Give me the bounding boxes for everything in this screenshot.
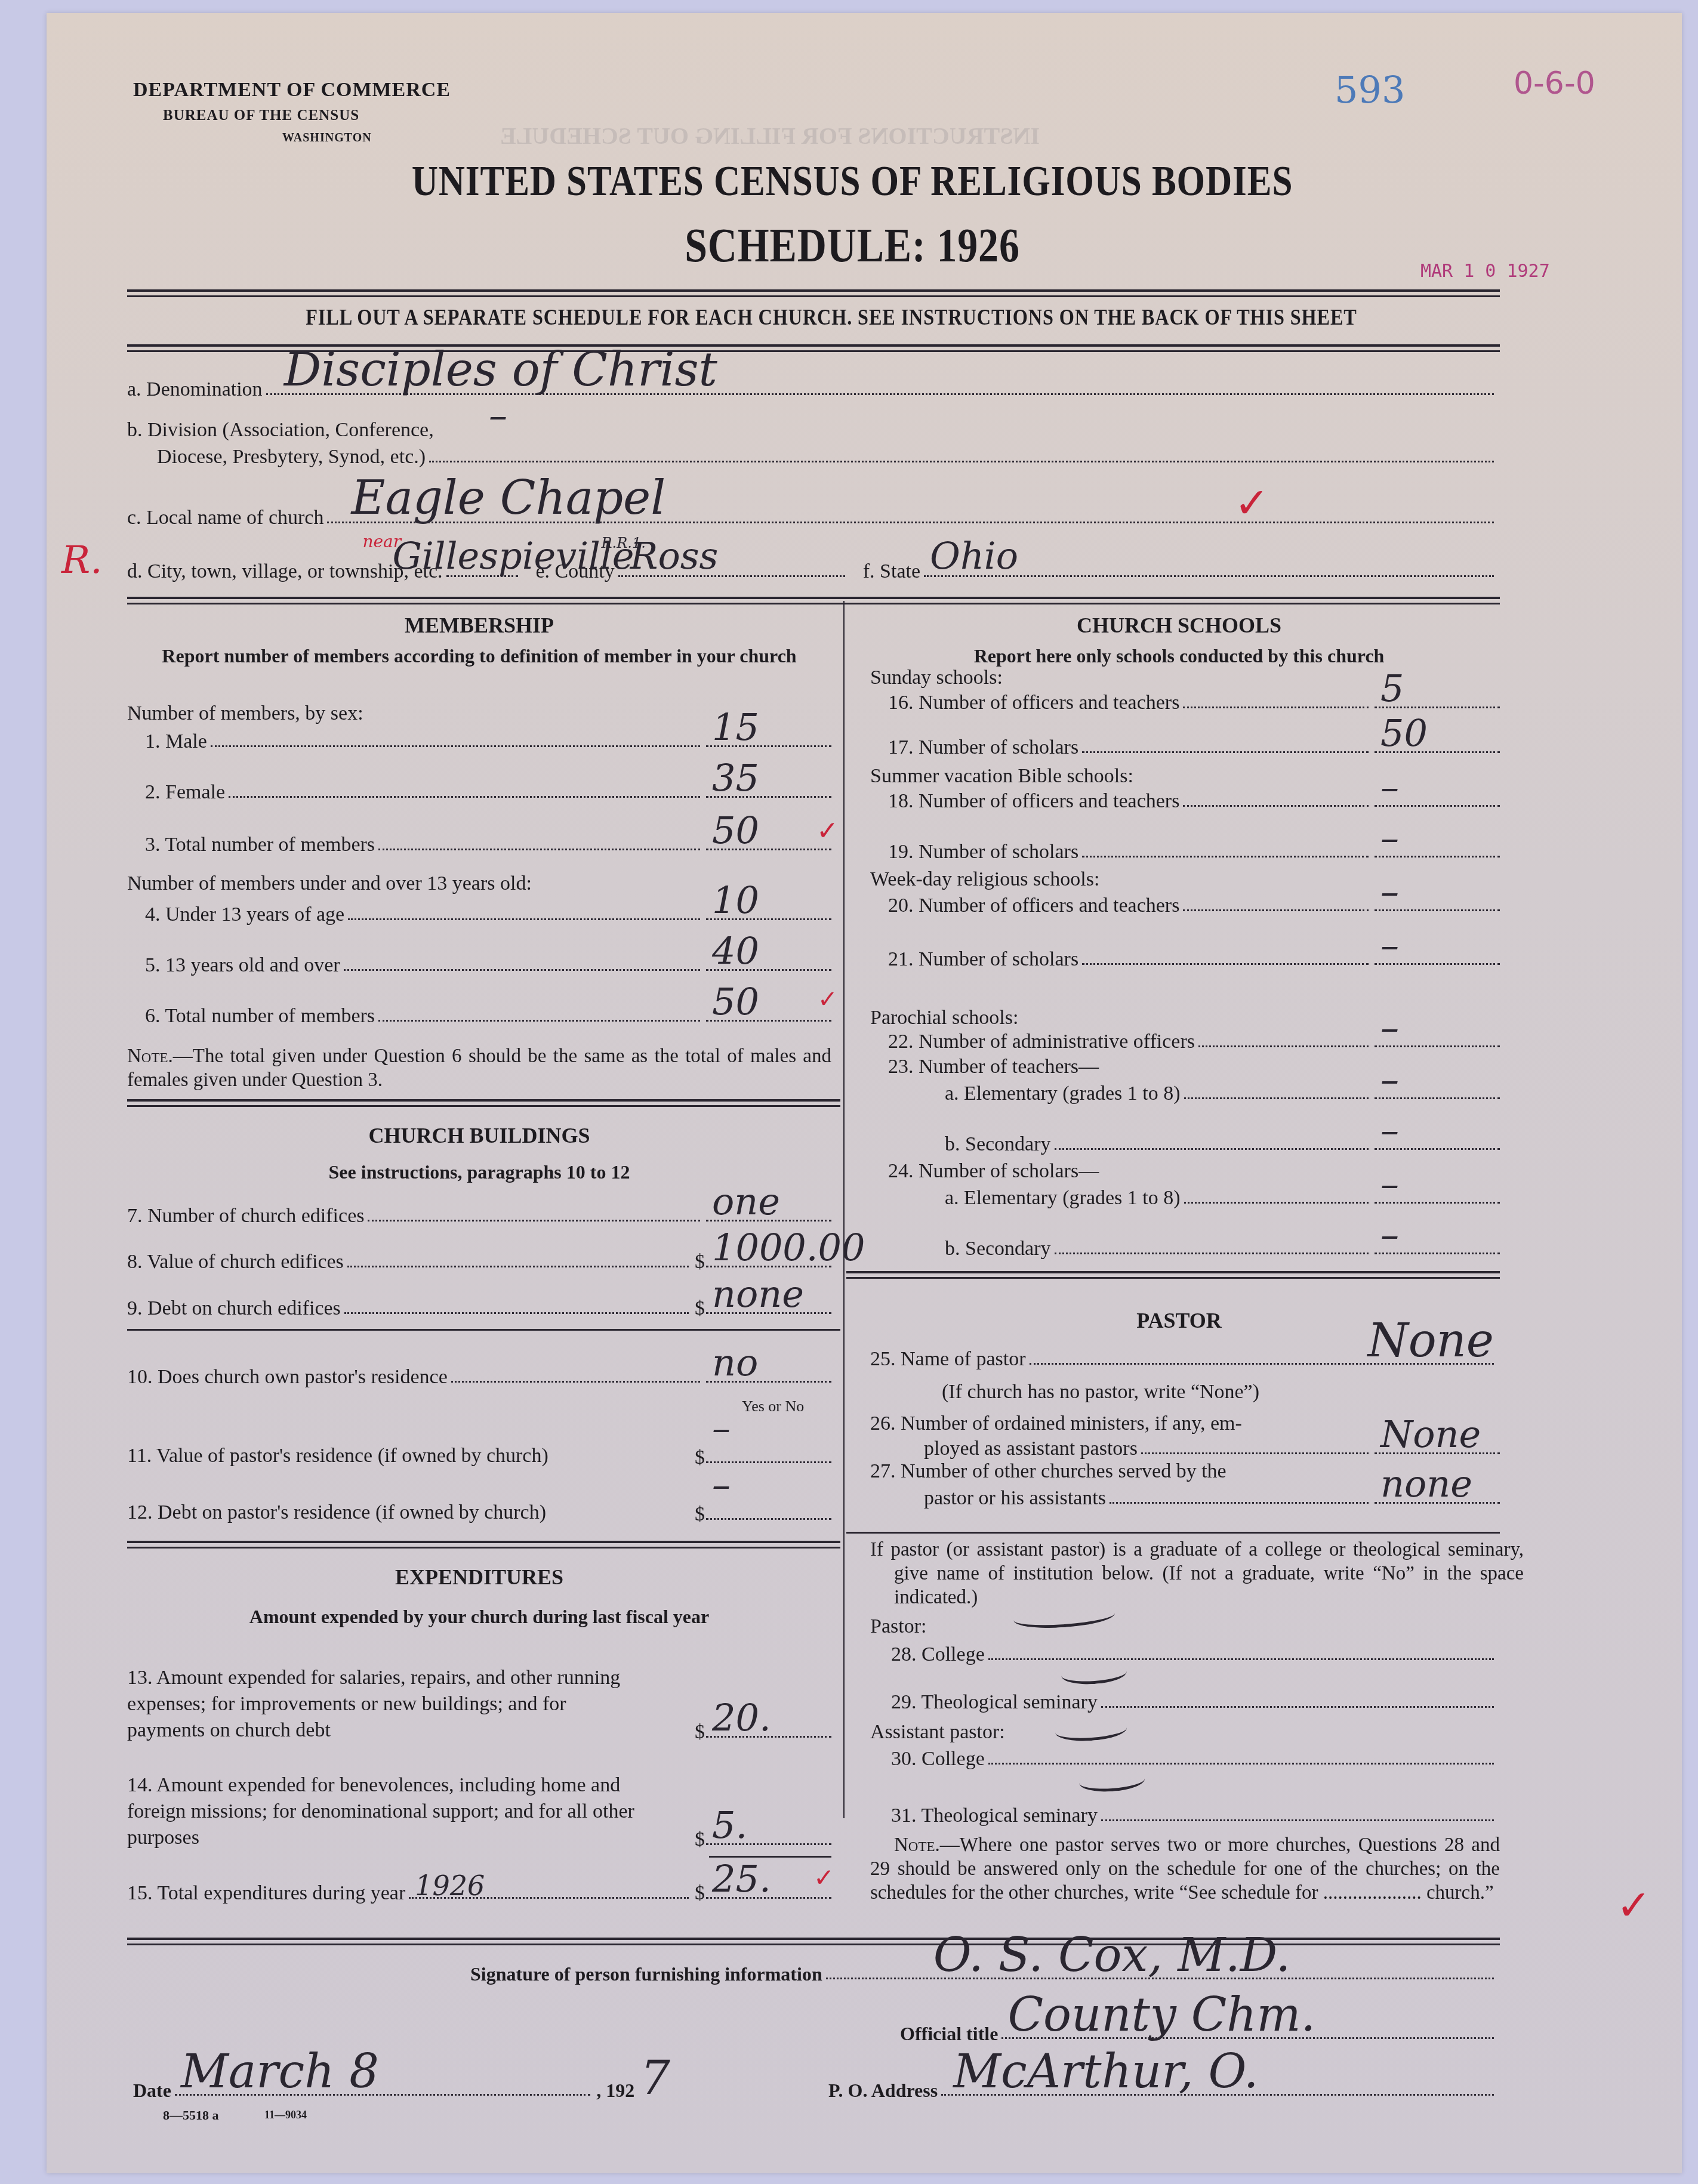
membership-divider <box>127 1099 840 1102</box>
schools-divider <box>846 1271 1500 1273</box>
margin-annotation: R. <box>61 538 103 582</box>
pastor-heading: Pastor: <box>870 1615 926 1638</box>
expenditure-row-14: 14. Amount expended for benevolences, in… <box>127 1744 831 1851</box>
assistant-college-field[interactable] <box>988 1763 1494 1765</box>
signature-row: Signature of person furnishing informati… <box>470 1955 1500 1985</box>
admin-officers-field[interactable]: – <box>1375 1045 1500 1047</box>
fiscal-year-field[interactable]: 1926 <box>415 1870 485 1902</box>
over-13-field[interactable]: 40 <box>706 969 831 971</box>
local-name-field[interactable]: Eagle Chapel <box>327 522 1494 523</box>
expenditure-row-15: 15. Total expenditures during year 1926 … <box>127 1875 831 1905</box>
membership-title: MEMBERSHIP <box>127 613 831 638</box>
total-expenditures-field[interactable]: 25. <box>706 1897 831 1899</box>
benevolences-field[interactable]: 5. <box>706 1843 831 1845</box>
weekday-teachers-field[interactable]: – <box>1375 909 1500 911</box>
pastor-note: Note.—Where one pastor serves two or mor… <box>870 1833 1500 1905</box>
church-buildings-title: CHURCH BUILDINGS <box>127 1123 831 1148</box>
denomination-row: a. Denomination Disciples of Christ <box>127 371 1500 401</box>
running-expenses-field[interactable]: 20. <box>706 1736 831 1738</box>
schools-row-23: 23. Number of teachers— <box>888 1048 1500 1078</box>
pastor-seminary-field[interactable] <box>1101 1706 1494 1708</box>
schedule-title: SCHEDULE: 1926 <box>523 219 1182 273</box>
buildings-row-residence: 10. Does church own pastor's residence n… <box>127 1359 831 1389</box>
male-count-field[interactable]: 15 <box>706 745 831 747</box>
residence-debt-field[interactable]: – <box>706 1518 831 1520</box>
elementary-teachers-field[interactable]: – <box>1375 1097 1500 1099</box>
buildings-bottom-divider <box>127 1541 840 1543</box>
date-field[interactable]: March 8 <box>175 2094 590 2096</box>
schools-row-20: 20. Number of officers and teachers – <box>888 887 1500 917</box>
schools-row-17: 17. Number of scholars 50 <box>888 729 1500 759</box>
edifice-value-field[interactable]: 1000.00 <box>706 1266 831 1267</box>
census-schedule-page: INSTRUCTIONS FOR FILLING OUT SCHEDULE DE… <box>47 13 1682 2173</box>
schools-row-16: 16. Number of officers and teachers 5 <box>888 684 1500 714</box>
secondary-scholars-field[interactable]: – <box>1375 1253 1500 1254</box>
yes-or-no-hint: Yes or No <box>742 1398 804 1415</box>
red-check-mark: ✓ <box>1616 1881 1651 1930</box>
expenditure-row-13: 13. Amount expended for salaries, repair… <box>127 1636 831 1744</box>
by-sex-heading: Number of members, by sex: <box>127 702 363 725</box>
elementary-scholars-field[interactable]: – <box>1375 1202 1500 1204</box>
form-number: 8—5518 a <box>163 2108 219 2123</box>
division-row: Diocese, Presbytery, Synod, etc.) – <box>157 439 1500 468</box>
summer-scholars-field[interactable]: – <box>1375 856 1500 857</box>
schools-row-21: 21. Number of scholars – <box>888 941 1500 971</box>
membership-row-total-age: 6. Total number of members 50 <box>145 998 831 1028</box>
signature-field[interactable]: O. S. Cox, M.D. <box>826 1978 1494 1979</box>
buildings-row-debt: 9. Debt on church edifices$ none <box>127 1290 831 1320</box>
buildings-divider <box>127 1329 840 1331</box>
expenditures-title: EXPENDITURES <box>127 1565 831 1590</box>
received-date-stamp: MAR 1 0 1927 <box>1420 261 1550 282</box>
address-field[interactable]: McArthur, O. <box>941 2094 1494 2096</box>
membership-note: Note.—The total given under Question 6 s… <box>127 1044 831 1092</box>
under-13-field[interactable]: 10 <box>706 918 831 920</box>
official-title-row: Official title County Chm. <box>900 2015 1500 2045</box>
county-field[interactable]: Ross <box>618 575 845 577</box>
schools-row-18: 18. Number of officers and teachers – <box>888 783 1500 813</box>
owns-residence-field[interactable]: no <box>706 1381 831 1383</box>
dash-mark <box>1055 1717 1127 1743</box>
church-schools-subtitle: Report here only schools conducted by th… <box>858 643 1500 669</box>
schools-row-24a: a. Elementary (grades 1 to 8) – <box>945 1180 1500 1210</box>
total-by-age-field[interactable]: 50 <box>706 1020 831 1022</box>
summer-teachers-field[interactable]: – <box>1375 805 1500 807</box>
column-divider <box>843 601 845 1818</box>
membership-row-male: 1. Male 15 <box>145 723 831 753</box>
pastor-college-field[interactable] <box>988 1658 1494 1660</box>
total-members-field[interactable]: 50 <box>706 849 831 850</box>
sunday-scholars-field[interactable]: 50 <box>1375 751 1500 753</box>
weekday-scholars-field[interactable]: – <box>1375 963 1500 965</box>
city-field[interactable]: near Gillespieville R.R.1. <box>446 575 518 577</box>
address-row: P. O. Address McArthur, O. <box>828 2072 1500 2102</box>
red-check-mark: ✓ <box>816 816 839 846</box>
buildings-row-edifices: 7. Number of church edifices one <box>127 1198 831 1227</box>
schools-row-23a: a. Elementary (grades 1 to 8) – <box>945 1075 1500 1105</box>
by-age-heading: Number of members under and over 13 year… <box>127 872 532 895</box>
membership-subtitle: Report number of members according to de… <box>151 643 808 669</box>
pastor-name-hint: (If church has no pastor, write “None”) <box>942 1381 1259 1403</box>
dash-mark <box>1078 1768 1145 1794</box>
bleed-through-text: INSTRUCTIONS FOR FILLING OUT SCHEDULE <box>500 122 1040 150</box>
red-check-mark: ✓ <box>1234 479 1269 528</box>
pastor-row-25: 25. Name of pastor None <box>870 1341 1500 1371</box>
city-name: WASHINGTON <box>282 131 372 145</box>
pastor-row-31: 31. Theological seminary <box>891 1797 1500 1827</box>
edifice-debt-field[interactable]: none <box>706 1312 831 1314</box>
sunday-teachers-field[interactable]: 5 <box>1375 707 1500 708</box>
buildings-row-value: 8. Value of church edifices$ 1000.00 <box>127 1244 831 1273</box>
red-check-mark: ✓ <box>818 986 838 1013</box>
female-count-field[interactable]: 35 <box>706 796 831 798</box>
header-divider <box>127 289 1500 292</box>
division-label-row: b. Division (Association, Conference, <box>127 412 664 442</box>
form-title: UNITED STATES CENSUS OF RELIGIOUS BODIES <box>320 156 1385 206</box>
pastor-row-27: pastor or his assistants none <box>924 1480 1500 1510</box>
location-row: d. City, town, village, or township, etc… <box>127 553 1500 583</box>
print-code: 11—9034 <box>264 2109 307 2121</box>
schools-row-23b: b. Secondary – <box>945 1126 1500 1156</box>
pastor-row-26: ployed as assistant pastors None <box>924 1430 1500 1460</box>
red-check-mark: ✓ <box>813 1863 834 1892</box>
buildings-row-residence-value: 11. Value of pastor's residence (if owne… <box>127 1415 831 1469</box>
serial-number-stamp: 593 <box>1335 68 1405 112</box>
pastor-row-28: 28. College <box>891 1636 1500 1666</box>
dash-mark <box>1061 1661 1127 1686</box>
signature-divider <box>127 1938 1500 1940</box>
assistant-pastors-field[interactable]: None <box>1375 1452 1500 1454</box>
buildings-row-residence-debt: 12. Debt on pastor's residence (if owned… <box>127 1472 831 1526</box>
state-field[interactable]: Ohio <box>924 575 1494 577</box>
edifice-count-field[interactable]: one <box>706 1220 831 1221</box>
identification-divider <box>127 597 1500 599</box>
secondary-teachers-field[interactable]: – <box>1375 1148 1500 1150</box>
pastor-name-field[interactable]: None <box>1030 1363 1494 1365</box>
denomination-field[interactable]: Disciples of Christ <box>266 393 1494 395</box>
schools-row-24: 24. Number of scholars— <box>888 1153 1500 1183</box>
membership-row-under-13: 4. Under 13 years of age 10 <box>145 896 831 926</box>
date-row: Date March 8 , 192 7 <box>133 2072 670 2102</box>
other-churches-field[interactable]: none <box>1375 1502 1500 1504</box>
code-stamp: 0-6-0 <box>1514 66 1595 101</box>
expenditures-subtitle: Amount expended by your church during la… <box>127 1603 831 1630</box>
graduate-instructions: If pastor (or assistant pastor) is a gra… <box>870 1538 1524 1609</box>
division-field[interactable]: – <box>429 461 1494 462</box>
pastor-divider <box>846 1532 1500 1534</box>
membership-row-13-and-over: 5. 13 years old and over 40 <box>145 947 831 977</box>
pastor-row-30: 30. College <box>891 1741 1500 1770</box>
membership-row-female: 2. Female 35 <box>145 774 831 804</box>
schools-row-19: 19. Number of scholars – <box>888 834 1500 863</box>
department-name: DEPARTMENT OF COMMERCE <box>133 79 451 101</box>
church-schools-title: CHURCH SCHOOLS <box>858 613 1500 638</box>
schools-row-24b: b. Secondary – <box>945 1230 1500 1260</box>
local-name-row: c. Local name of church Eagle Chapel <box>127 499 1500 529</box>
assistant-seminary-field[interactable] <box>1101 1819 1494 1821</box>
official-title-field[interactable]: County Chm. <box>1001 2037 1494 2039</box>
instruction-banner: FILL OUT A SEPARATE SCHEDULE FOR EACH CH… <box>286 304 1377 331</box>
year-digit-field[interactable]: 7 <box>640 2055 670 2102</box>
pastor-row-29: 29. Theological seminary <box>891 1684 1500 1714</box>
membership-row-total: 3. Total number of members 50 <box>145 826 831 856</box>
bureau-name: BUREAU OF THE CENSUS <box>163 107 359 124</box>
